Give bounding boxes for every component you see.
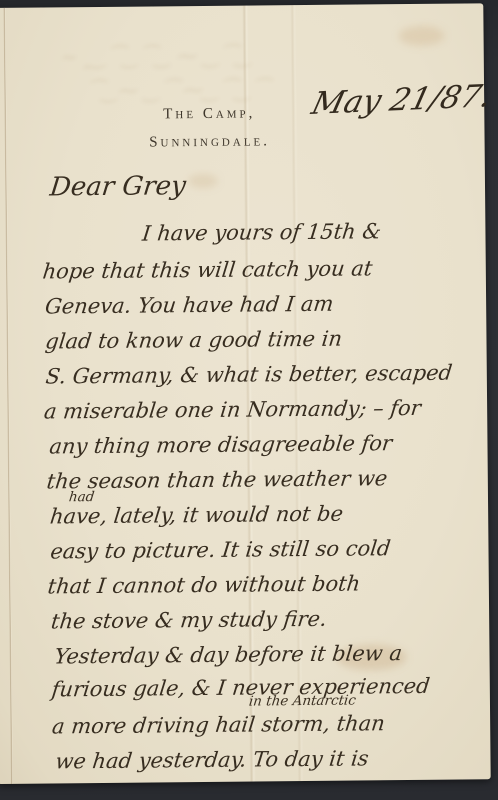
paper-stain <box>188 174 218 188</box>
letter-line: a miserable one in Normandy; – for <box>43 396 422 424</box>
letterhead-line2: Sunningdale. <box>121 127 297 157</box>
letter-line: Yesterday & day before it blew a <box>53 641 403 668</box>
letterhead-line1: The Camp, <box>121 99 297 129</box>
letter-line: that I cannot do without both <box>46 571 361 598</box>
scanned-letter-view: ~ ‸‿⁀‿⁀‿ ⁓ ‿⁀‿ ⁀‿⁓ ‿⁀ ⁓‿⁀‿⁀ The Camp, Su… <box>0 0 498 800</box>
letter-line: we had yesterday. To day it is <box>54 746 370 773</box>
letter-line: furious gale, & I never experienced <box>50 674 431 702</box>
letter-page: ~ ‸‿⁀‿⁀‿ ⁓ ‿⁀‿ ⁀‿⁓ ‿⁀ ⁓‿⁀‿⁀ The Camp, Su… <box>0 3 491 784</box>
letter-line: the season than the weather we <box>45 466 388 493</box>
paper-stain <box>398 26 444 46</box>
letter-line: I have yours of 15th & <box>141 219 382 245</box>
letter-line: the stove & my study fire. <box>50 607 328 634</box>
letter-line: hope that this will catch you at <box>41 256 373 283</box>
salutation: Dear Grey <box>48 171 187 202</box>
letter-line: any thing more disagreeable for <box>48 431 393 458</box>
insertion-in-the-antarctic: in the Antarctic <box>248 693 357 710</box>
page-fold-edge <box>3 8 12 784</box>
letter-line: glad to know a good time in <box>44 327 343 354</box>
ink-showthrough: ~ ‸‿⁀‿⁀‿ ⁓ ‿⁀‿ <box>59 43 253 69</box>
letter-line: S. Germany, & what is better, escaped <box>44 361 453 389</box>
letter-line: easy to picture. It is still so cold <box>49 536 392 563</box>
letter-line: a more driving hail storm, than <box>51 711 386 738</box>
insertion-had: had <box>68 489 95 505</box>
letter-line: have, lately, it would not be <box>49 502 345 529</box>
letter-line: Geneva. You have had I am <box>44 292 335 319</box>
letterhead: The Camp, Sunningdale. <box>121 99 298 157</box>
handwritten-date: May 21/87. <box>308 78 495 122</box>
